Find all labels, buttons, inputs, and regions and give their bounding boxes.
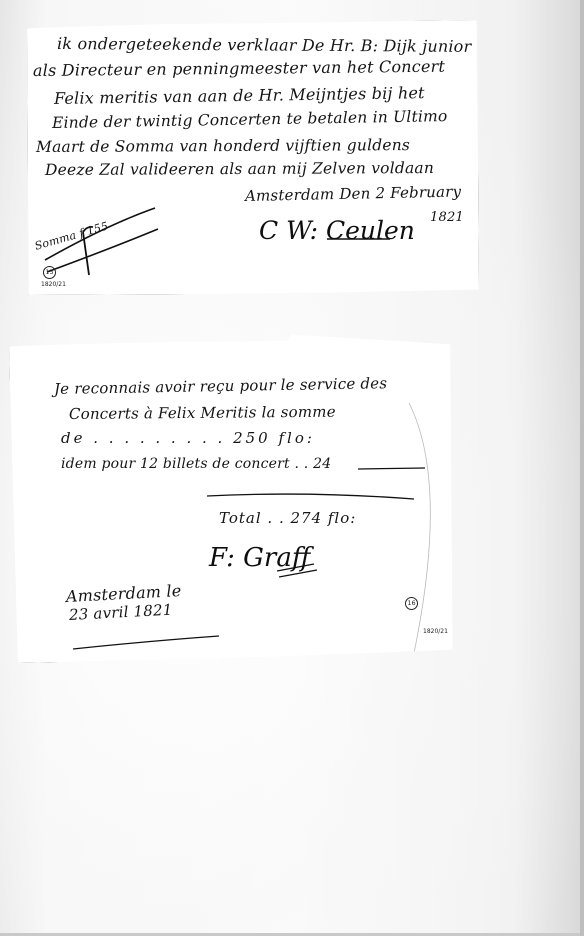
receipt-1-ink-strokes — [27, 20, 479, 295]
receipt-french: Je reconnais avoir reçu pour le service … — [9, 333, 457, 663]
receipt-2-total: Total . . 274 flo: — [219, 509, 356, 527]
receipt-2-signature: F: Graff — [209, 543, 310, 573]
receipt-2-folio-number: 16 — [405, 597, 418, 610]
receipt-1-folio-number: 15 — [43, 266, 56, 279]
receipt-dutch: ik ondergeteekende verklaar De Hr. B: Di… — [27, 20, 479, 295]
receipt-2-archive-ref: 1820/21 — [423, 628, 448, 635]
receipt-1-archive-ref: 1820/21 — [41, 281, 66, 288]
scanned-page: ik ondergeteekende verklaar De Hr. B: Di… — [0, 0, 584, 936]
